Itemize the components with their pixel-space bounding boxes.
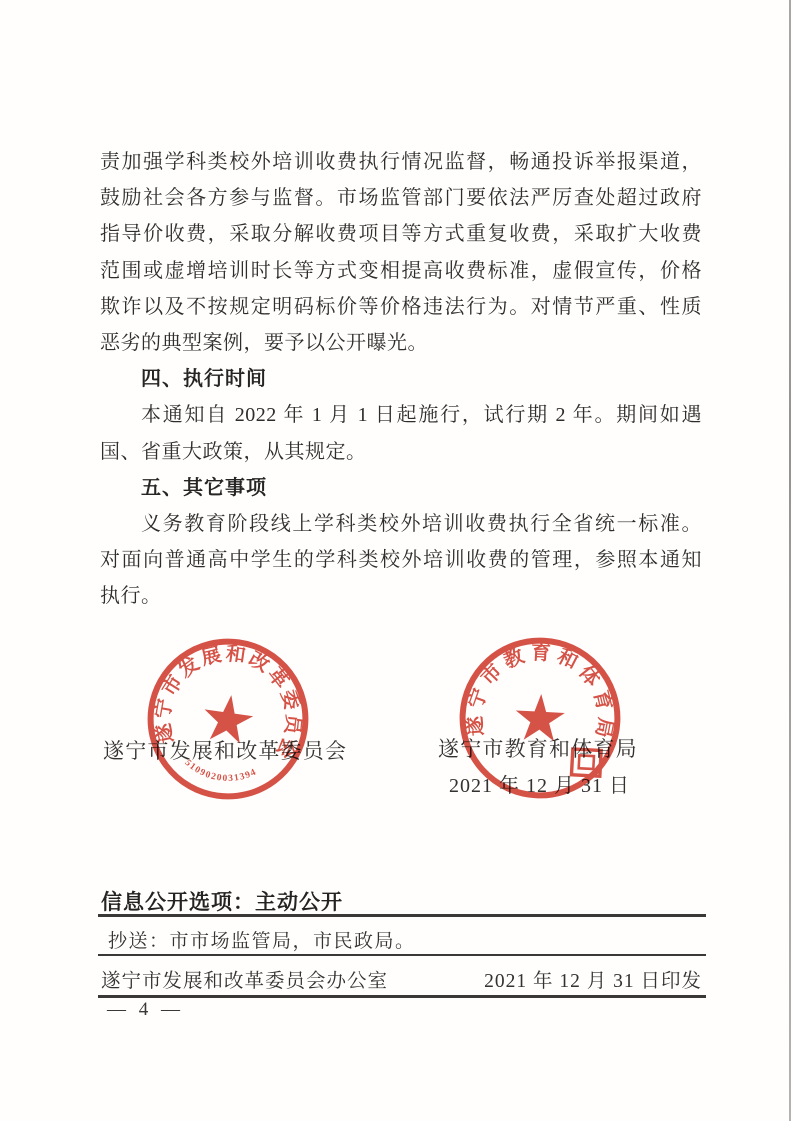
disclosure-option-label: 信息公开选项：主动公开 [101, 886, 701, 916]
divider [98, 914, 706, 917]
divider [98, 954, 706, 956]
section5-paragraph: 义务教育阶段线上学科类校外培训收费执行全省统一标准。对面向普通高中学生的学科类校… [100, 506, 702, 615]
issuing-office: 遂宁市发展和改革委员会办公室 [101, 965, 388, 993]
text-line: 范围或虚增培训时长等方式变相提高收费标准，虚假宣传，价格 [100, 253, 702, 289]
divider [98, 995, 706, 998]
seal-number-text: 5109020031394 [181, 757, 260, 788]
text-line: 责加强学科类校外培训收费执行情况监督，畅通投诉举报渠道， [100, 144, 702, 180]
text-line: 义务教育阶段线上学科类校外培训收费执行全省统一标准。 [100, 506, 702, 542]
section4-paragraph: 本通知自 2022 年 1 月 1 日起施行，试行期 2 年。期间如遇国、省重大… [100, 397, 702, 469]
text-line: 对面向普通高中学生的学科类校外培训收费的管理，参照本通知 [100, 542, 702, 578]
print-date: 2021 年 12 月 31 日印发 [484, 965, 702, 993]
official-seal-icon: 遂宁市教育和体育局 [450, 628, 631, 809]
svg-text:5109020031394: 5109020031394 [181, 757, 260, 788]
scan-edge-artifact [789, 0, 791, 1121]
section5-heading: 五、其它事项 [100, 470, 702, 506]
text-line: 鼓励社会各方参与监督。市场监管部门要依法严厉查处超过政府 [100, 180, 702, 216]
text-line: 欺诈以及不按规定明码标价等价格违法行为。对情节严重、性质 [100, 289, 702, 325]
star-icon [514, 693, 565, 742]
official-seal-icon: 遂宁市发展和改革委员会 5109020031394 [131, 622, 325, 816]
section4-heading: 四、执行时间 [100, 361, 702, 397]
star-icon [201, 692, 256, 745]
document-page: 责加强学科类校外培训收费执行情况监督，畅通投诉举报渠道，鼓励社会各方参与监督。市… [0, 0, 793, 1121]
text-line: 恶劣的典型案例，要予以公开曝光。 [100, 325, 702, 361]
paragraph-continuation: 责加强学科类校外培训收费执行情况监督，畅通投诉举报渠道，鼓励社会各方参与监督。市… [100, 144, 702, 361]
text-line: 执行。 [100, 578, 702, 614]
document-body: 责加强学科类校外培训收费执行情况监督，畅通投诉举报渠道，鼓励社会各方参与监督。市… [100, 144, 702, 614]
text-line: 本通知自 2022 年 1 月 1 日起施行，试行期 2 年。期间如遇 [100, 397, 702, 433]
text-line: 国、省重大政策，从其规定。 [100, 434, 702, 470]
text-line: 指导价收费，采取分解收费项目等方式重复收费，采取扩大收费 [100, 216, 702, 252]
issue-row: 遂宁市发展和改革委员会办公室 2021 年 12 月 31 日印发 [101, 965, 702, 993]
page-number: — 4 — [107, 999, 184, 1021]
cc-line: 抄送：市市场监管局，市民政局。 [108, 926, 416, 953]
